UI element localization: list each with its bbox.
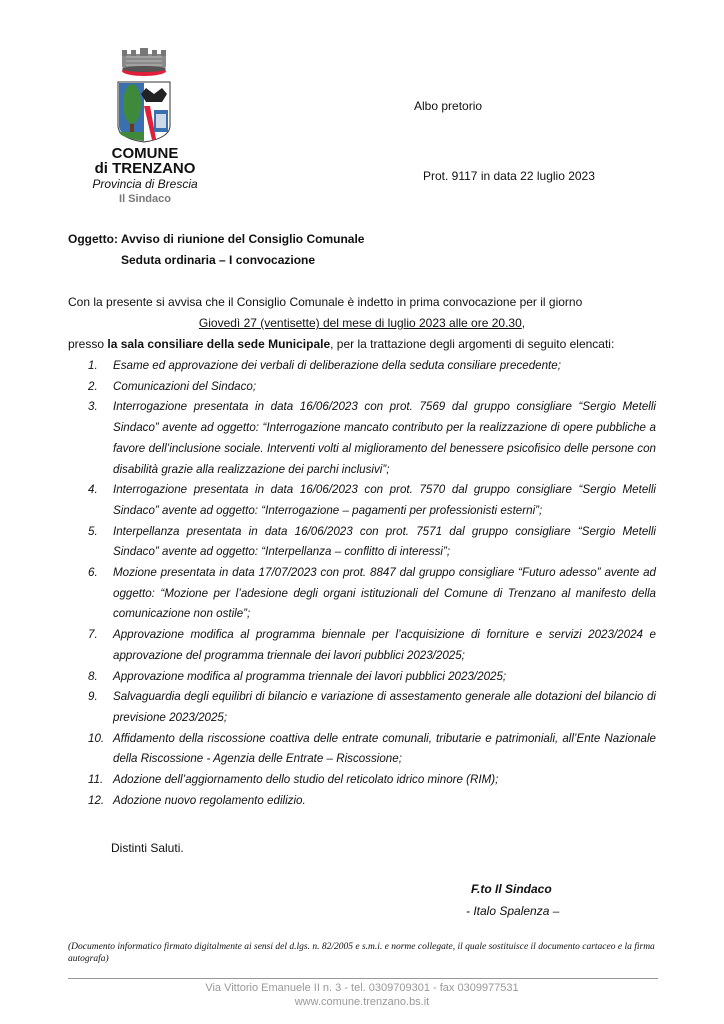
footer-address: Via Vittorio Emanuele II n. 3 - tel. 030… <box>0 981 724 995</box>
agenda-item-number: 7. <box>88 625 113 666</box>
albo-pretorio: Albo pretorio <box>414 99 482 113</box>
agenda-item-text: Esame ed approvazione dei verbali di del… <box>113 356 656 377</box>
footer-website[interactable]: www.comune.trenzano.bs.it <box>0 995 724 1009</box>
agenda-item-number: 2. <box>88 377 113 398</box>
agenda-item: 3.Interrogazione presentata in data 16/0… <box>88 397 656 480</box>
agenda-item: 10.Affidamento della riscossione coattiv… <box>88 729 656 770</box>
agenda-item: 7.Approvazione modifica al programma bie… <box>88 625 656 666</box>
agenda-item-number: 12. <box>88 791 113 812</box>
protocol-number: Prot. 9117 in data 22 luglio 2023 <box>423 169 595 183</box>
agenda-item-text: Comunicazioni del Sindaco; <box>113 377 656 398</box>
agenda-item-number: 8. <box>88 667 113 688</box>
agenda-item: 12.Adozione nuovo regolamento edilizio. <box>88 791 656 812</box>
agenda-item-number: 5. <box>88 522 113 563</box>
crown-icon <box>122 48 166 76</box>
agenda-item-number: 10. <box>88 729 113 770</box>
location-suffix: , per la trattazione degli argomenti di … <box>330 337 614 351</box>
meeting-date-suffix: , <box>522 316 525 330</box>
comune-name: di TRENZANO <box>60 161 230 176</box>
agenda-item: 9.Salvaguardia degli equilibri di bilanc… <box>88 687 656 728</box>
agenda-item-text: Approvazione modifica al programma trien… <box>113 667 656 688</box>
agenda-item: 2.Comunicazioni del Sindaco; <box>88 377 656 398</box>
agenda-item-number: 9. <box>88 687 113 728</box>
meeting-date: Giovedì 27 (ventisette) del mese di lugl… <box>0 316 724 330</box>
location-prefix: presso <box>68 337 107 351</box>
digital-signature-note: (Documento informatico firmato digitalme… <box>68 941 660 965</box>
agenda-item: 5.Interpellanza presentata in data 16/06… <box>88 522 656 563</box>
agenda-item: 4.Interrogazione presentata in data 16/0… <box>88 480 656 521</box>
subject-line: Oggetto: Avviso di riunione del Consigli… <box>68 232 364 246</box>
agenda-item-number: 4. <box>88 480 113 521</box>
shield-icon <box>118 82 170 142</box>
agenda-item-text: Approvazione modifica al programma bienn… <box>113 625 656 666</box>
agenda-item: 6.Mozione presentata in data 17/07/2023 … <box>88 563 656 625</box>
agenda-item-text: Salvaguardia degli equilibri di bilancio… <box>113 687 656 728</box>
intro-text: Con la presente si avvisa che il Consigl… <box>68 295 582 309</box>
signature-title: F.to Il Sindaco <box>471 882 552 896</box>
issuer-block: COMUNE di TRENZANO Provincia di Brescia … <box>60 146 230 206</box>
comune-label: COMUNE <box>60 146 230 161</box>
meeting-date-text: Giovedì 27 (ventisette) del mese di lugl… <box>199 316 522 330</box>
agenda-item-text: Mozione presentata in data 17/07/2023 co… <box>113 563 656 625</box>
agenda-item-number: 6. <box>88 563 113 625</box>
signature-name: - Italo Spalenza – <box>466 904 559 918</box>
agenda-item-number: 3. <box>88 397 113 480</box>
coat-of-arms-logo <box>112 48 176 144</box>
ufficio: Il Sindaco <box>60 192 230 206</box>
agenda-item-text: Adozione dell’aggiornamento dello studio… <box>113 770 656 791</box>
footer: Via Vittorio Emanuele II n. 3 - tel. 030… <box>0 981 724 1009</box>
agenda-item-text: Affidamento della riscossione coattiva d… <box>113 729 656 770</box>
agenda-item-number: 1. <box>88 356 113 377</box>
agenda-list: 1.Esame ed approvazione dei verbali di d… <box>88 356 656 811</box>
closing-greeting: Distinti Saluti. <box>111 841 184 855</box>
agenda-item-text: Adozione nuovo regolamento edilizio. <box>113 791 656 812</box>
footer-divider <box>68 978 658 979</box>
provincia: Provincia di Brescia <box>60 176 230 192</box>
agenda-item-number: 11. <box>88 770 113 791</box>
session-type: Seduta ordinaria – I convocazione <box>121 253 315 267</box>
location-place: la sala consiliare della sede Municipale <box>107 337 330 351</box>
agenda-item-text: Interrogazione presentata in data 16/06/… <box>113 480 656 521</box>
agenda-item-text: Interrogazione presentata in data 16/06/… <box>113 397 656 480</box>
agenda-item: 1.Esame ed approvazione dei verbali di d… <box>88 356 656 377</box>
agenda-item: 8.Approvazione modifica al programma tri… <box>88 667 656 688</box>
agenda-item: 11.Adozione dell’aggiornamento dello stu… <box>88 770 656 791</box>
agenda-item-text: Interpellanza presentata in data 16/06/2… <box>113 522 656 563</box>
location-text: presso la sala consiliare della sede Mun… <box>68 337 614 351</box>
